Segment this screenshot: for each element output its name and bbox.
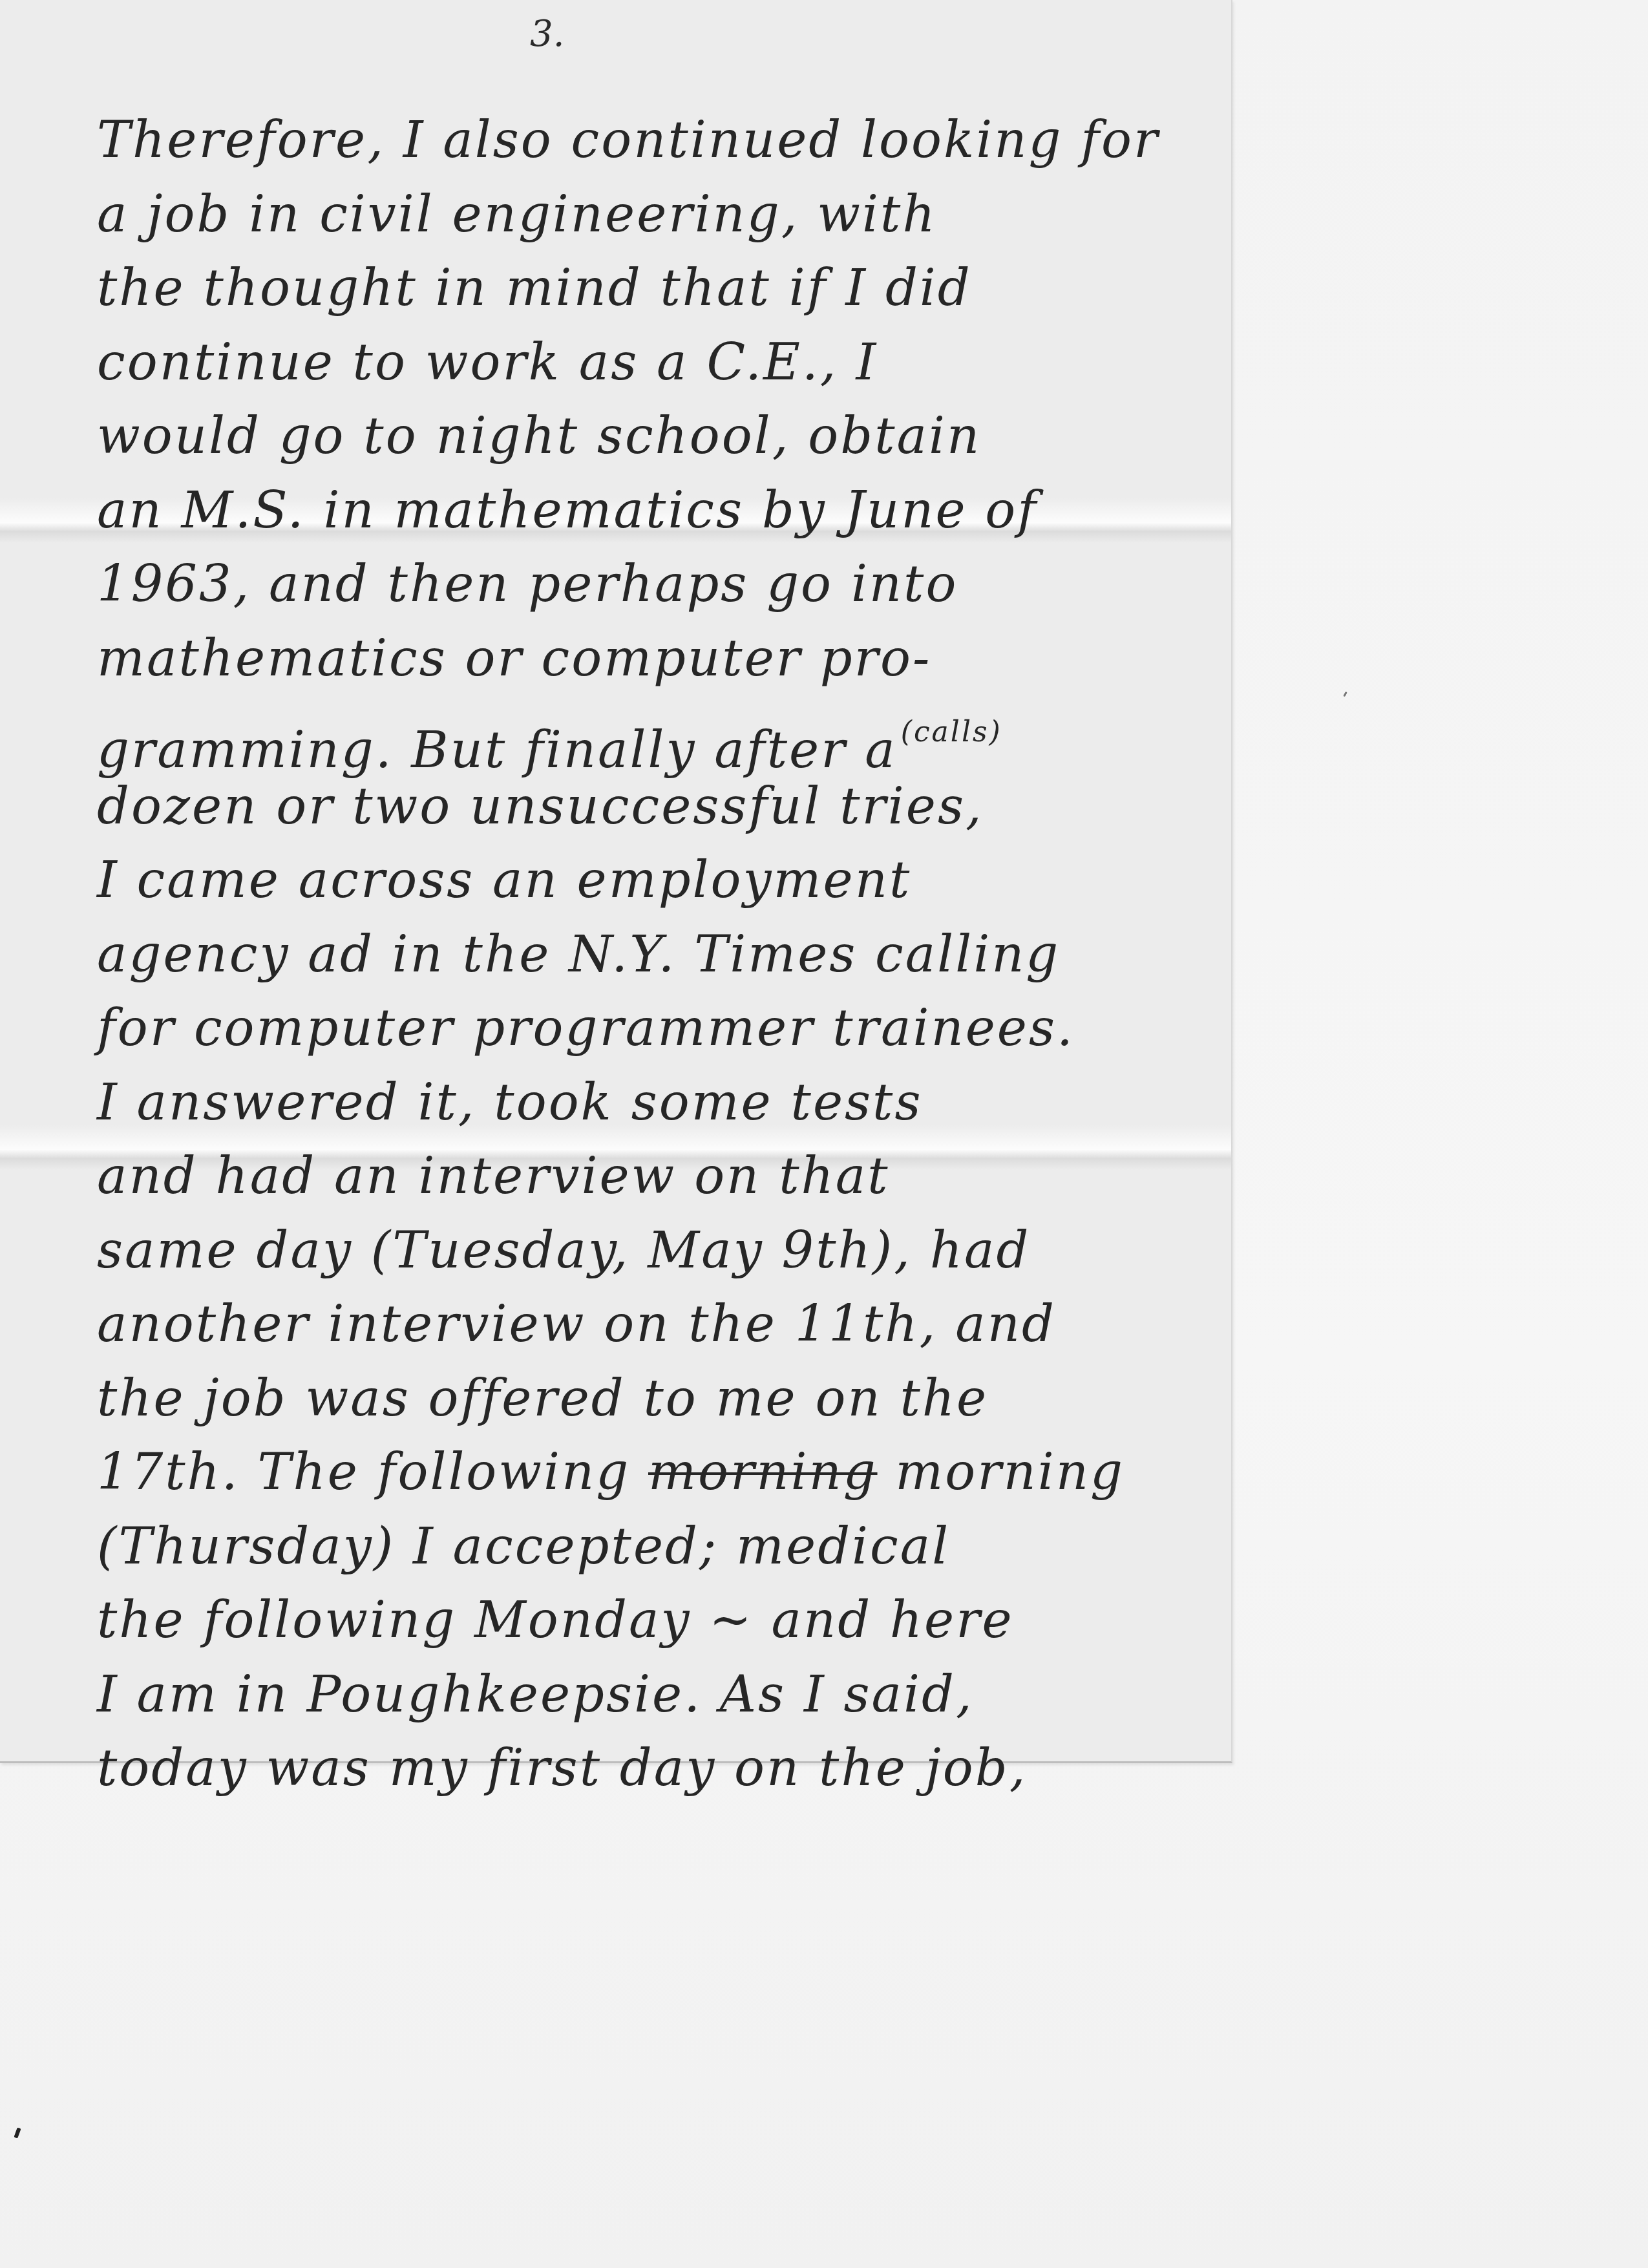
line-text: the following Monday ~ and here [97,1591,1014,1649]
handwritten-line: agency ad in the N.Y. Times calling [97,918,1209,992]
line-text: for computer programmer trainees. [97,999,1075,1057]
line-text: dozen or two unsuccessful tries, [97,778,984,836]
line-text: Therefore, I also continued looking for [97,111,1159,169]
handwritten-line: (Thursday) I accepted; medical [97,1510,1209,1584]
line-text: would go to night school, obtain [97,407,981,465]
line-text: agency ad in the N.Y. Times calling [97,926,1060,984]
handwritten-line: continue to work as a C.E., I [97,326,1209,400]
handwritten-line: and had an interview on that [97,1139,1209,1214]
line-text: same day (Tuesday, May 9th), had [97,1222,1030,1280]
handwritten-line: today was my first day on the job, [97,1732,1209,1806]
handwritten-line: I answered it, took some tests [97,1066,1209,1140]
letter-body: Therefore, I also continued looking for … [97,103,1209,1806]
line-text: morning [878,1443,1125,1501]
line-text: 1963, and then perhaps go into [97,555,958,613]
page-number: 3. [530,13,564,55]
struck-out-word: morning [648,1443,878,1501]
handwritten-line: the thought in mind that if I did [97,251,1209,326]
handwritten-line: I came across an employment [97,843,1209,918]
handwritten-line: mathematics or computer pro- [97,622,1209,696]
line-text: (Thursday) I accepted; medical [97,1518,950,1576]
handwritten-line: another interview on the 11th, and [97,1288,1209,1362]
handwritten-line: for computer programmer trainees. [97,991,1209,1066]
handwritten-line: dozen or two unsuccessful tries, [97,770,1209,844]
handwritten-line: 17th. The following morning morning [97,1436,1209,1510]
line-text: an M.S. in mathematics by June of [97,482,1038,540]
handwritten-line: Therefore, I also continued looking for [97,103,1209,178]
handwritten-line: a job in civil engineering, with [97,178,1209,252]
handwritten-line: an M.S. in mathematics by June of [97,474,1209,548]
line-text: another interview on the 11th, and [97,1295,1056,1353]
handwritten-line: the following Monday ~ and here [97,1584,1209,1658]
line-text: continue to work as a C.E., I [97,334,878,392]
line-text: the job was offered to me on the [97,1370,988,1428]
line-text: I answered it, took some tests [97,1074,922,1132]
inserted-annotation: (calls) [901,715,1002,748]
line-text: I came across an employment [97,851,911,909]
handwritten-line: I am in Poughkeepsie. As I said, [97,1658,1209,1732]
handwritten-line: gramming. But finally after a(calls) [97,695,1209,770]
line-text: a job in civil engineering, with [97,185,937,244]
letter-page: 3. Therefore, I also continued looking f… [0,0,1232,1763]
handwritten-line: 1963, and then perhaps go into [97,547,1209,622]
line-text: mathematics or computer pro- [97,630,931,688]
line-text: the thought in mind that if I did [97,259,972,317]
line-text: I am in Poughkeepsie. As I said, [97,1666,974,1724]
line-text: and had an interview on that [97,1147,890,1205]
handwritten-line: would go to night school, obtain [97,399,1209,474]
line-text: today was my first day on the job, [97,1739,1027,1797]
handwritten-line: the job was offered to me on the [97,1362,1209,1436]
handwritten-line: same day (Tuesday, May 9th), had [97,1214,1209,1288]
line-text: 17th. The following [97,1443,648,1501]
